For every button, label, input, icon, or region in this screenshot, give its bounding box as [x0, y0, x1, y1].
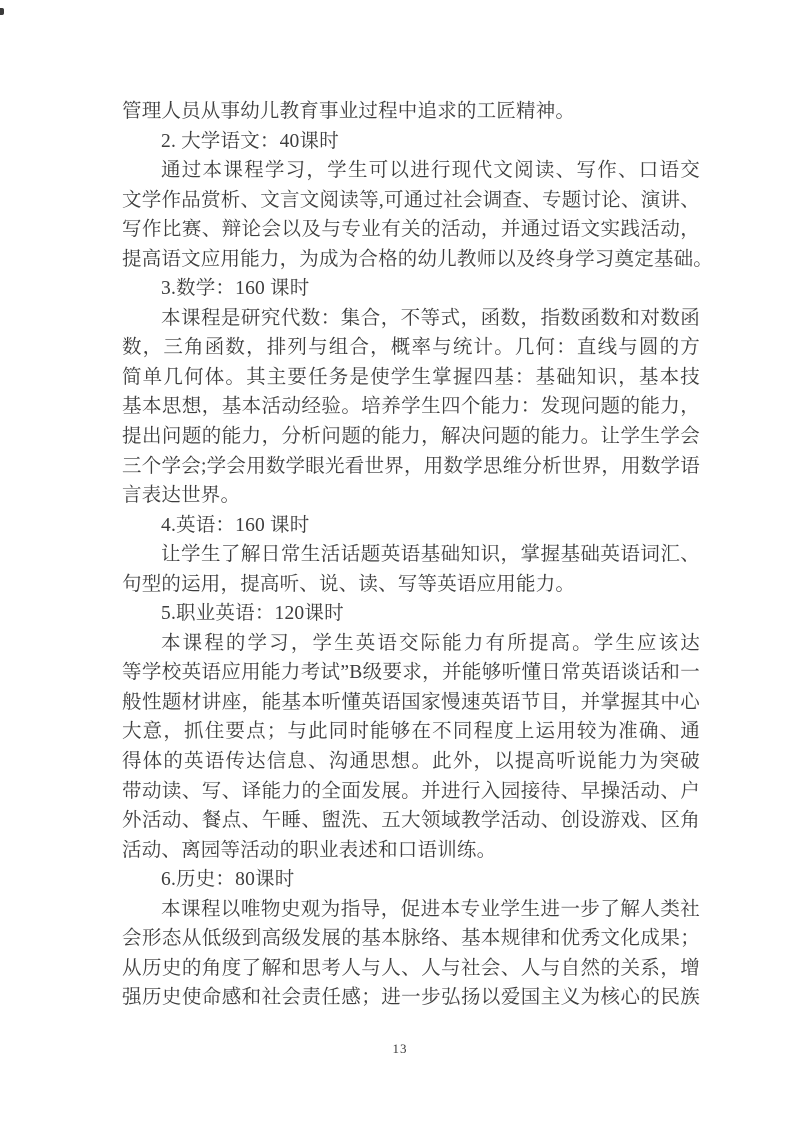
text-line: 三个学会;学会用数学眼光看世界，用数学思维分析世界，用数学语 — [122, 452, 700, 482]
heading-line: 6.历史：80课时 — [122, 865, 700, 895]
text-line: 本课程的学习，学生英语交际能力有所提高。学生应该达到“高 — [122, 629, 700, 659]
text-line: 句型的运用，提高听、说、读、写等英语应用能力。 — [122, 570, 700, 600]
text-line: 基本思想，基本活动经验。培养学生四个能力：发现问题的能力， — [122, 392, 700, 422]
text-line: 文学作品赏析、文言文阅读等,可通过社会调查、专题讨论、演讲、 — [122, 186, 700, 216]
text-line: 本课程以唯物史观为指导，促进本专业学生进一步了解人类社 — [122, 895, 700, 925]
scan-artifact — [0, 8, 4, 15]
text-line: 强历史使命感和社会责任感；进一步弘扬以爱国主义为核心的民族 — [122, 983, 700, 1013]
text-block: 管理人员从事幼儿教育事业过程中追求的工匠精神。2. 大学语文：40课时通过本课程… — [122, 97, 700, 1013]
text-line: 等学校英语应用能力考试”B级要求，并能够听懂日常英语谈话和一 — [122, 658, 700, 688]
text-line: 言表达世界。 — [122, 481, 700, 511]
text-line: 写作比赛、辩论会以及与专业有关的活动，并通过语文实践活动， — [122, 215, 700, 245]
text-line: 让学生了解日常生活话题英语基础知识，掌握基础英语词汇、 — [122, 540, 700, 570]
text-line: 大意，抓住要点；与此同时能够在不同程度上运用较为准确、通畅、 — [122, 717, 700, 747]
text-line: 简单几何体。其主要任务是使学生掌握四基：基础知识，基本技能， — [122, 363, 700, 393]
heading-line: 5.职业英语：120课时 — [122, 599, 700, 629]
text-line: 会形态从低级到高级发展的基本脉络、基本规律和优秀文化成果； — [122, 924, 700, 954]
text-line: 得体的英语传达信息、沟通思想。此外，以提高听说能力为突破口， — [122, 747, 700, 777]
text-line: 提高语文应用能力，为成为合格的幼儿教师以及终身学习奠定基础。 — [122, 245, 700, 275]
text-line: 活动、离园等活动的职业表述和口语训练。 — [122, 836, 700, 866]
text-line: 数，三角函数，排列与组合，概率与统计。几何：直线与圆的方程， — [122, 333, 700, 363]
heading-line: 3.数学：160 课时 — [122, 274, 700, 304]
text-line: 管理人员从事幼儿教育事业过程中追求的工匠精神。 — [122, 97, 700, 127]
text-line: 般性题材讲座，能基本听懂英语国家慢速英语节目，并掌握其中心 — [122, 688, 700, 718]
text-line: 外活动、餐点、午睡、盥洗、五大领域教学活动、创设游戏、区角 — [122, 806, 700, 836]
text-line: 本课程是研究代数：集合，不等式，函数，指数函数和对数函 — [122, 304, 700, 334]
text-line: 带动读、写、译能力的全面发展。并进行入园接待、早操活动、户 — [122, 777, 700, 807]
text-line: 从历史的角度了解和思考人与人、人与社会、人与自然的关系，增 — [122, 954, 700, 984]
text-line: 通过本课程学习，学生可以进行现代文阅读、写作、口语交际、 — [122, 156, 700, 186]
heading-line: 2. 大学语文：40课时 — [122, 127, 700, 157]
document-page: 管理人员从事幼儿教育事业过程中追求的工匠精神。2. 大学语文：40课时通过本课程… — [0, 0, 800, 1130]
text-line: 提出问题的能力，分析问题的能力，解决问题的能力。让学生学会 — [122, 422, 700, 452]
page-number: 13 — [0, 1041, 800, 1057]
heading-line: 4.英语：160 课时 — [122, 511, 700, 541]
